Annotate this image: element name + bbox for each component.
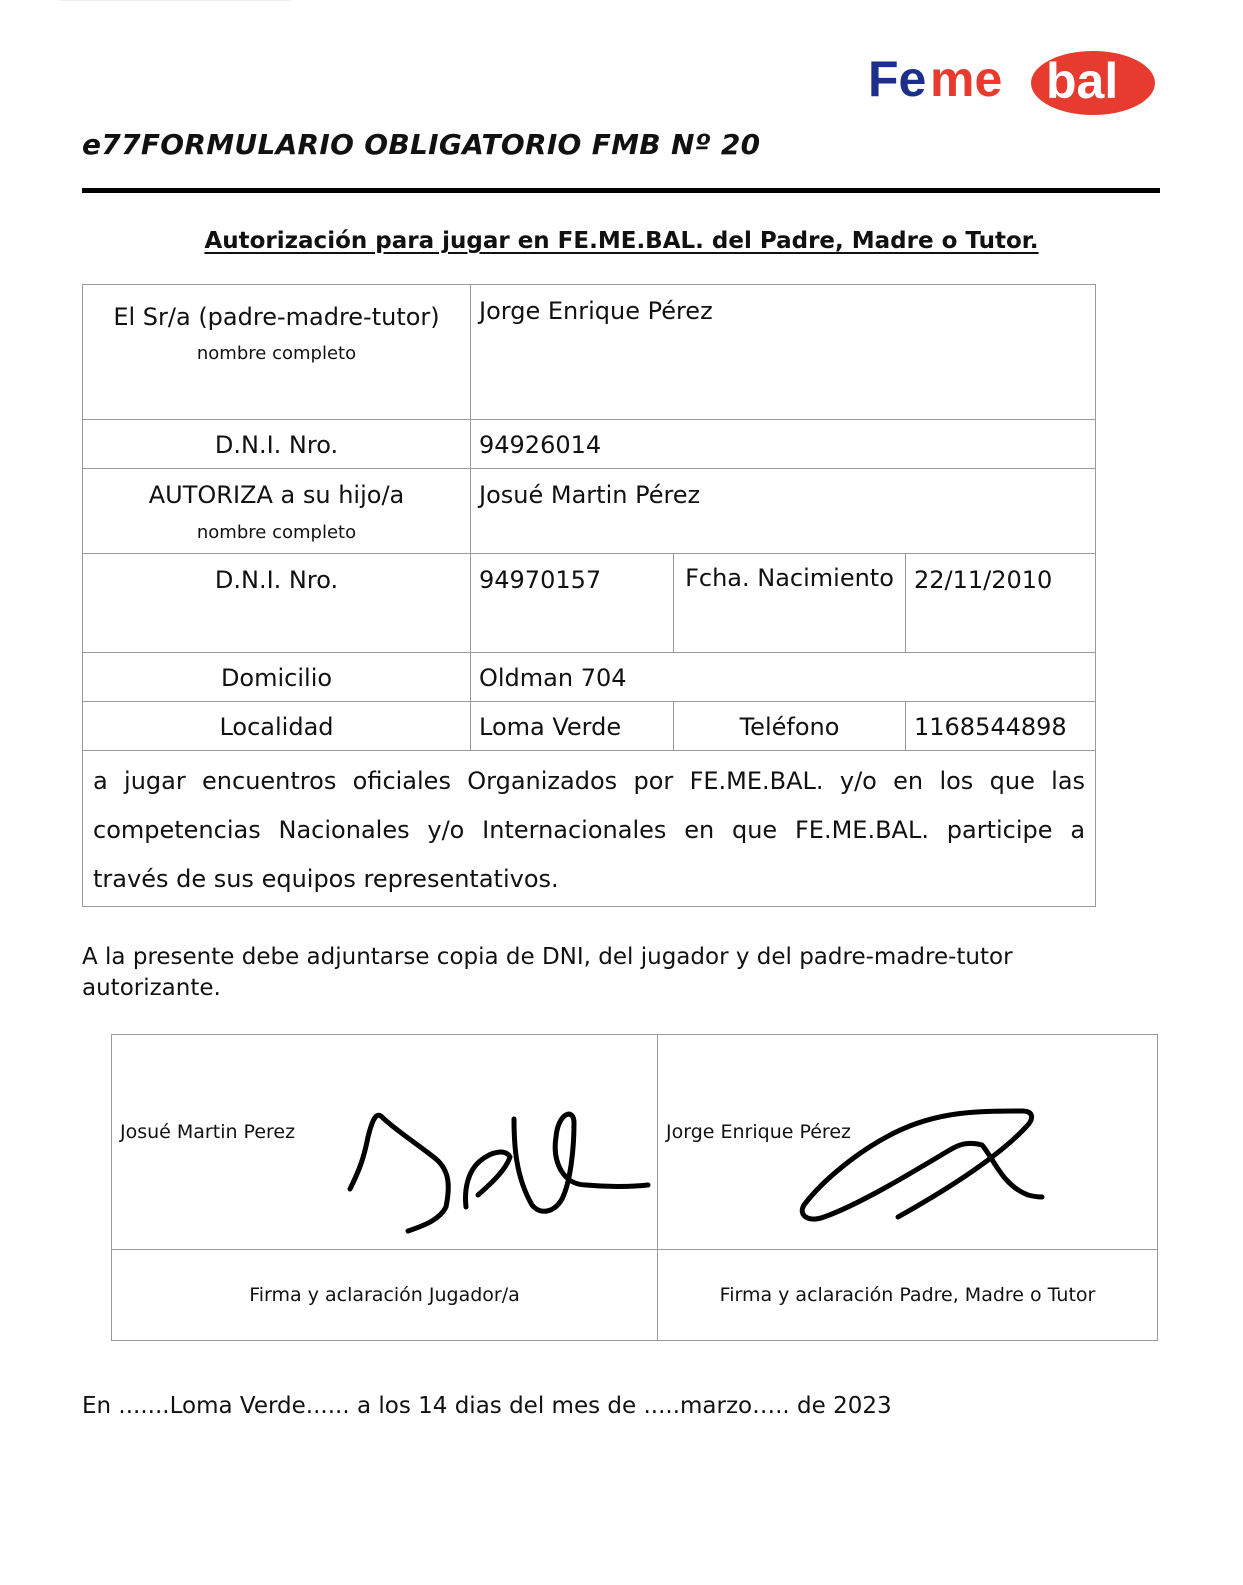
guardian-dni-row: D.N.I. Nro. 94926014 — [83, 420, 1096, 469]
signature-table: Josué Martin Perez Jorge Enrique Pérez F… — [111, 1034, 1158, 1341]
statement-row: a jugar encuentros oficiales Organizados… — [83, 751, 1096, 907]
header-divider — [82, 188, 1160, 193]
guardian-dni-field[interactable]: 94926014 — [471, 420, 1096, 469]
child-dni-row: D.N.I. Nro. 94970157 Fcha. Nacimiento 22… — [83, 554, 1096, 653]
player-signature-caption: Firma y aclaración Jugador/a — [112, 1250, 658, 1341]
city-row: Localidad Loma Verde Teléfono 1168544898 — [83, 702, 1096, 751]
city-field[interactable]: Loma Verde — [471, 702, 674, 751]
place-and-date: En .......Loma Verde...... a los 14 dias… — [82, 1393, 892, 1419]
guardian-name-field[interactable]: Jorge Enrique Pérez — [471, 285, 1096, 420]
attachment-note: A la presente debe adjuntarse copia de D… — [82, 942, 1102, 1004]
player-signature-icon — [346, 1107, 656, 1237]
guardian-label: El Sr/a (padre-madre-tutor) — [113, 303, 439, 331]
svg-text:bal: bal — [1046, 53, 1118, 109]
authorization-table: El Sr/a (padre-madre-tutor) nombre compl… — [82, 284, 1096, 907]
child-dni-field[interactable]: 94970157 — [471, 554, 674, 653]
guardian-label-cell: El Sr/a (padre-madre-tutor) nombre compl… — [83, 285, 471, 420]
child-label-cell: AUTORIZA a su hijo/a nombre completo — [83, 469, 471, 554]
child-dni-label: D.N.I. Nro. — [83, 554, 471, 653]
authorization-statement: a jugar encuentros oficiales Organizados… — [83, 751, 1096, 907]
document-subtitle: Autorización para jugar en FE.ME.BAL. de… — [0, 228, 1243, 254]
address-field[interactable]: Oldman 704 — [471, 653, 1096, 702]
femebal-logo-icon: Fe me bal — [868, 48, 1158, 118]
player-signature-cell[interactable]: Josué Martin Perez — [112, 1035, 658, 1250]
svg-text:Fe: Fe — [868, 51, 926, 107]
femebal-logo: Fe me bal — [868, 48, 1158, 118]
birth-date-field[interactable]: 22/11/2010 — [906, 554, 1096, 653]
city-label: Localidad — [83, 702, 471, 751]
form-title: e77FORMULARIO OBLIGATORIO FMB Nº 20 — [82, 128, 760, 161]
guardian-name-row: El Sr/a (padre-madre-tutor) nombre compl… — [83, 285, 1096, 420]
guardian-dni-label: D.N.I. Nro. — [83, 420, 471, 469]
svg-text:me: me — [930, 51, 1002, 107]
child-name-field[interactable]: Josué Martin Pérez — [471, 469, 1096, 554]
guardian-signature-cell[interactable]: Jorge Enrique Pérez — [658, 1035, 1158, 1250]
child-name-row: AUTORIZA a su hijo/a nombre completo Jos… — [83, 469, 1096, 554]
address-row: Domicilio Oldman 704 — [83, 653, 1096, 702]
guardian-signature-icon — [798, 1105, 1058, 1235]
address-label: Domicilio — [83, 653, 471, 702]
phone-label: Teléfono — [674, 702, 906, 751]
guardian-signature-caption: Firma y aclaración Padre, Madre o Tutor — [658, 1250, 1158, 1341]
player-signature-name: Josué Martin Perez — [120, 1121, 295, 1143]
child-sublabel: nombre completo — [91, 513, 462, 547]
page-edge — [60, 0, 290, 1]
birth-date-label: Fcha. Nacimiento — [674, 554, 906, 653]
child-label: AUTORIZA a su hijo/a — [149, 481, 404, 509]
phone-field[interactable]: 1168544898 — [906, 702, 1096, 751]
guardian-sublabel: nombre completo — [91, 342, 462, 368]
